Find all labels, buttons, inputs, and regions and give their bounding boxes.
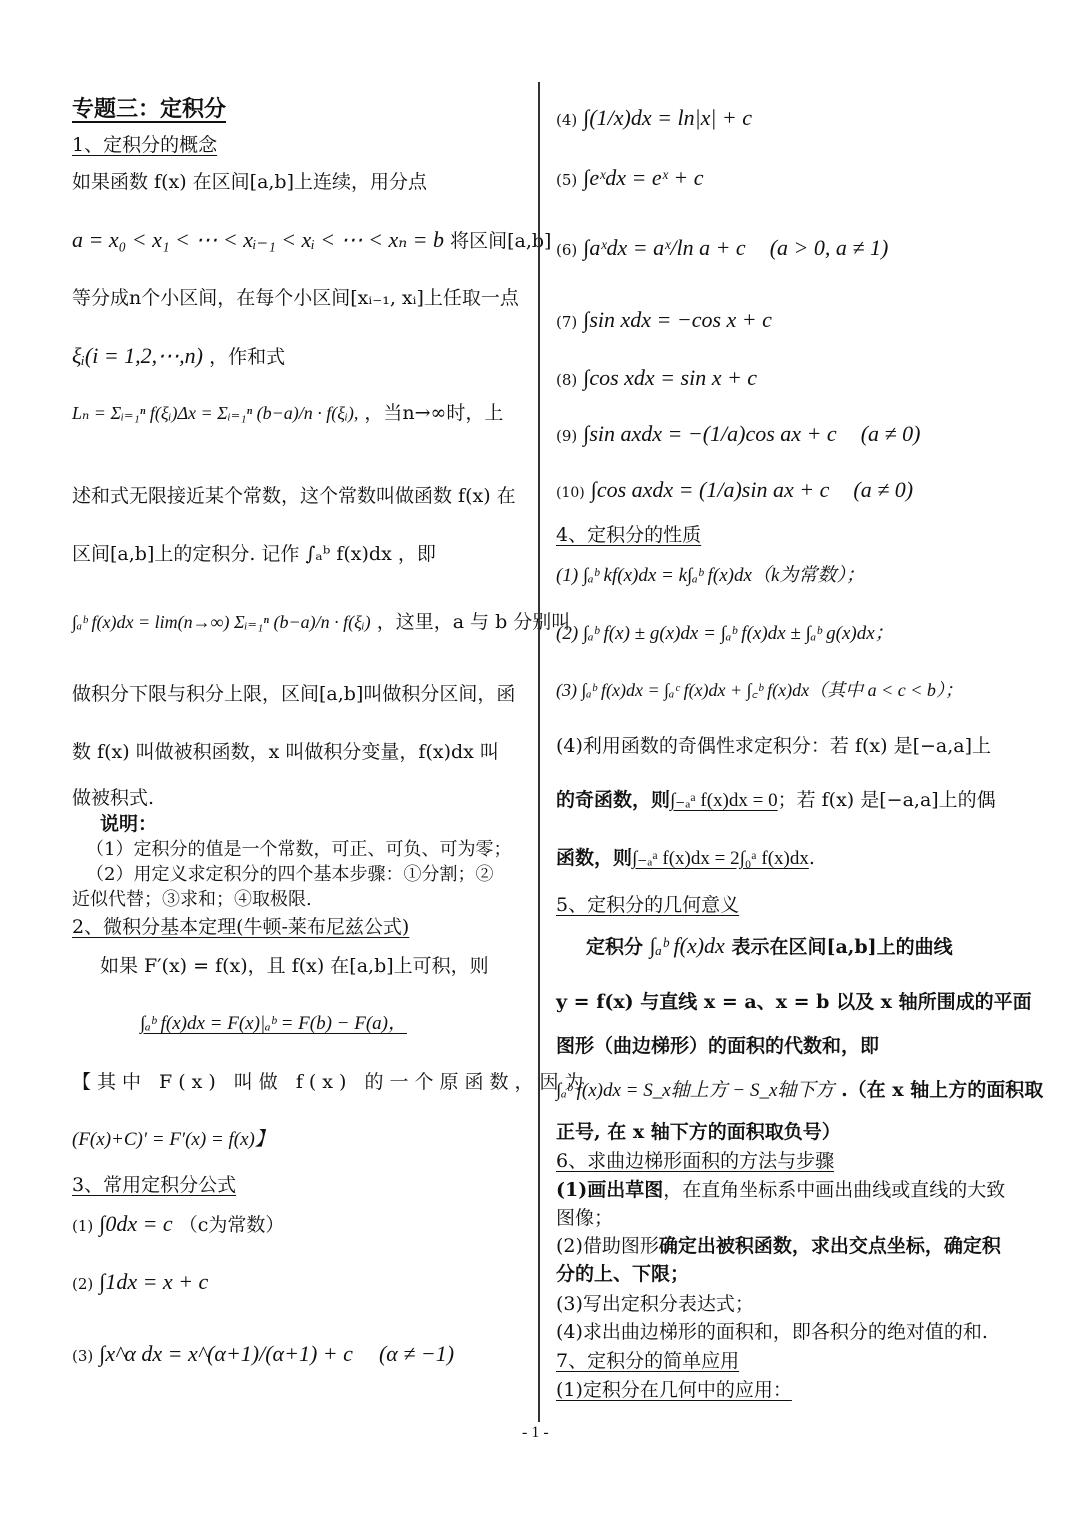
section-heading-4: 4、定积分的性质	[556, 520, 701, 547]
item-number: (10)	[556, 485, 585, 501]
sample-point-formula: ξᵢ(i = 1,2,⋯,n)	[72, 343, 203, 368]
s1-paragraph-6: 述和式无限接近某个常数，这个常数叫做函数 f(x) 在	[72, 482, 516, 510]
even-function-formula: ∫₋ₐᵃ f(x)dx = 2∫₀ᵃ f(x)dx	[632, 848, 809, 869]
text: 定积分	[586, 936, 643, 958]
property-4b: 的奇函数，则∫₋ₐᵃ f(x)dx = 0；若 f(x) 是[−a,a]上的偶	[556, 786, 996, 815]
item-number: (6)	[556, 241, 577, 259]
partition-formula: a = x₀ < x₁ < ⋯ < xᵢ₋₁ < xᵢ < ⋯ < xₙ = b	[72, 227, 444, 252]
item-note: (a > 0, a ≠ 1)	[770, 235, 889, 260]
property-1: (1) ∫ₐᵇ kf(x)dx = k∫ₐᵇ f(x)dx（k为常数）；	[556, 562, 865, 590]
even-function-label: 函数，则	[556, 847, 632, 869]
item-note: (a ≠ 0)	[853, 477, 913, 502]
page-title: 专题三：定积分	[72, 92, 226, 123]
item-number: (3)	[72, 1347, 93, 1365]
item-formula: ∫aˣdx = aˣ/ln a + c	[583, 235, 745, 260]
definite-integral-limit-text: ，这里，a 与 b 分别叫	[377, 611, 571, 633]
item-number: (8)	[556, 371, 577, 389]
riemann-sum-line: Lₙ = Σᵢ₌₁ⁿ f(ξᵢ)Δx = Σᵢ₌₁ⁿ (b−a)/n · f(ξ…	[72, 398, 503, 458]
step-1a: (1)画出草图，在直角坐标系中画出曲线或直线的大致	[556, 1176, 1005, 1204]
text: (2)借助图形	[556, 1235, 659, 1257]
s1-paragraph-11: 做被积式.	[72, 784, 154, 812]
item-formula: ∫1dx = x + c	[99, 1269, 208, 1294]
item-number: (9)	[556, 427, 577, 445]
item-formula: ∫sin xdx = −cos x + c	[583, 307, 772, 332]
geometric-meaning-3: 图形（曲边梯形）的面积的代数和，即	[556, 1032, 879, 1060]
step-4: (4)求出曲边梯形的面积和，即各积分的绝对值的和.	[556, 1318, 988, 1346]
even-function-intro: ；若 f(x) 是[−a,a]上的偶	[778, 789, 996, 811]
geometric-meaning-2: y = f(x) 与直线 x = a、x = b 以及 x 轴所围成的平面	[556, 988, 1032, 1016]
text: .（在 x 轴上方的面积取	[841, 1079, 1043, 1101]
definite-integral-definition-line: ∫ₐᵇ f(x)dx = lim(n→∞) Σᵢ₌₁ⁿ (b−a)/n · f(…	[72, 608, 570, 636]
item-number: (5)	[556, 171, 577, 189]
item-number: (7)	[556, 313, 577, 331]
formula-item-6: (6) ∫aˣdx = aˣ/ln a + c (a > 0, a ≠ 1)	[556, 234, 888, 264]
s2-paragraph-2: 【其中 F(x) 叫做 f(x) 的一个原函数，因为	[72, 1068, 589, 1096]
note-1: （1）定积分的值是一个常数，可正、可负、可为零；	[86, 836, 511, 864]
riemann-sum-text: ，当n→∞时，上	[364, 402, 503, 424]
s1-partition-line: a = x₀ < x₁ < ⋯ < xᵢ₋₁ < xᵢ < ⋯ < xₙ = b…	[72, 226, 551, 255]
item-formula: ∫x^α dx = x^(α+1)/(α+1) + c	[99, 1341, 353, 1366]
section-heading-3: 3、常用定积分公式	[72, 1170, 236, 1197]
note-2b: 近似代替；③求和；④取极限.	[72, 886, 312, 914]
item-formula: ∫(1/x)dx = ln|x| + c	[583, 105, 752, 130]
step-2b: 分的上、下限；	[556, 1260, 689, 1288]
formula-item-8: (8) ∫cos xdx = sin x + c	[556, 364, 757, 394]
partition-text: 将区间[a,b]	[450, 230, 551, 252]
s1-sample-point-line: ξᵢ(i = 1,2,⋯,n) ，作和式	[72, 342, 285, 371]
step-2a: (2)借助图形确定出被积函数，求出交点坐标，确定积	[556, 1232, 1001, 1260]
column-divider	[538, 82, 540, 1422]
riemann-sum-formula: Lₙ = Σᵢ₌₁ⁿ f(ξᵢ)Δx = Σᵢ₌₁ⁿ (b−a)/n · f(ξ…	[72, 399, 358, 427]
formula-item-3: (3) ∫x^α dx = x^(α+1)/(α+1) + c (α ≠ −1)	[72, 1340, 454, 1370]
bold-text: (1)画出草图	[556, 1179, 663, 1201]
formula-item-2: (2) ∫1dx = x + c	[72, 1268, 208, 1298]
section-heading-6: 6、求曲边梯形面积的方法与步骤	[556, 1146, 834, 1173]
step-3: (3)写出定积分表达式；	[556, 1290, 754, 1318]
property-4c: 函数，则∫₋ₐᵃ f(x)dx = 2∫₀ᵃ f(x)dx.	[556, 844, 815, 873]
formula-item-10: (10) ∫cos axdx = (1/a)sin ax + c (a ≠ 0)	[556, 476, 913, 507]
period: .	[809, 847, 815, 869]
geometric-meaning-5: 正号, 在 x 轴下方的面积取负号）	[556, 1118, 841, 1146]
item-formula: ∫sin axdx = −(1/a)cos ax + c	[583, 421, 836, 446]
formula-item-1: (1) ∫0dx = c （c为常数）	[72, 1210, 284, 1240]
geometric-meaning-1: 定积分 ∫ₐᵇ f(x)dx 表示在区间[a,b]上的曲线	[586, 932, 953, 961]
formula-item-5: (5) ∫eˣdx = eˣ + c	[556, 164, 704, 194]
s1-paragraph-9: 做积分下限与积分上限，区间[a,b]叫做积分区间，函	[72, 680, 515, 708]
application-subheading-1: (1)定积分在几何中的应用：	[556, 1376, 792, 1404]
s2-derivative-formula: (F(x)+C)′ = F′(x) = f(x)】	[72, 1126, 274, 1154]
section-heading-5: 5、定积分的几何意义	[556, 890, 739, 917]
definite-integral-limit-formula: ∫ₐᵇ f(x)dx = lim(n→∞) Σᵢ₌₁ⁿ (b−a)/n · f(…	[72, 612, 371, 632]
integral-formula: ∫ₐᵇ f(x)dx	[650, 933, 725, 958]
s2-paragraph-1: 如果 F′(x) = f(x)，且 f(x) 在[a,b]上可积，则	[100, 952, 489, 980]
s1-paragraph-10: 数 f(x) 叫做被积函数，x 叫做积分变量，f(x)dx 叫	[72, 738, 499, 766]
s1-paragraph-7: 区间[a,b]上的定积分. 记作 ∫ₐᵇ f(x)dx ，即	[72, 540, 436, 568]
note-label: 说明：	[100, 810, 157, 838]
property-3: (3) ∫ₐᵇ f(x)dx = ∫ₐᶜ f(x)dx + ∫꜀ᵇ f(x)dx…	[556, 676, 963, 704]
item-number: (1)	[72, 1217, 93, 1235]
text: 表示在区间[a,b]上的曲线	[731, 936, 952, 958]
geometric-meaning-4: ∫ₐᵇ f(x)dx = S_x轴上方 − S_x轴下方 .（在 x 轴上方的面…	[556, 1076, 1043, 1105]
text: ，在直角坐标系中画出曲线或直线的大致	[663, 1179, 1005, 1201]
page-number: - 1 -	[522, 1424, 549, 1442]
formula-item-9: (9) ∫sin axdx = −(1/a)cos ax + c (a ≠ 0)	[556, 420, 920, 450]
formula-item-4: (4) ∫(1/x)dx = ln|x| + c	[556, 104, 752, 134]
s1-paragraph-3: 等分成n个小区间，在每个小区间[xᵢ₋₁, xᵢ]上任取一点	[72, 284, 519, 312]
item-formula: ∫cos xdx = sin x + c	[583, 365, 757, 390]
bold-text: 确定出被积函数，求出交点坐标，确定积	[659, 1235, 1001, 1257]
item-formula: ∫cos axdx = (1/a)sin ax + c	[591, 477, 830, 502]
item-number: (4)	[556, 111, 577, 129]
area-formula: ∫ₐᵇ f(x)dx = S_x轴上方 − S_x轴下方	[556, 1080, 834, 1101]
item-formula: ∫0dx = c	[99, 1211, 172, 1236]
step-1b: 图像；	[556, 1204, 613, 1232]
item-number: (2)	[72, 1275, 93, 1293]
item-note: (α ≠ −1)	[379, 1341, 454, 1366]
s1-paragraph-1: 如果函数 f(x) 在区间[a,b]上连续，用分点	[72, 168, 427, 196]
newton-leibniz-formula: ∫ₐᵇ f(x)dx = F(x)|ₐᵇ = F(b) − F(a)，	[140, 1010, 407, 1038]
item-note: （c为常数）	[179, 1214, 285, 1236]
formula-item-7: (7) ∫sin xdx = −cos x + c	[556, 306, 772, 336]
property-4a: (4)利用函数的奇偶性求定积分：若 f(x) 是[−a,a]上	[556, 732, 991, 760]
odd-function-label: 的奇函数，则	[556, 789, 670, 811]
sample-point-text: ，作和式	[209, 346, 285, 368]
item-formula: ∫eˣdx = eˣ + c	[583, 165, 703, 190]
property-2: (2) ∫ₐᵇ f(x) ± g(x)dx = ∫ₐᵇ f(x)dx ± ∫ₐᵇ…	[556, 620, 894, 648]
odd-function-formula: ∫₋ₐᵃ f(x)dx = 0	[670, 790, 778, 811]
section-heading-1: 1、定积分的概念	[72, 130, 217, 157]
section-heading-7: 7、定积分的简单应用	[556, 1346, 739, 1373]
item-note: (a ≠ 0)	[861, 421, 921, 446]
section-heading-2: 2、微积分基本定理(牛顿-莱布尼兹公式)	[72, 912, 409, 939]
note-2a: （2）用定义求定积分的四个基本步骤：①分割；②	[86, 861, 493, 889]
